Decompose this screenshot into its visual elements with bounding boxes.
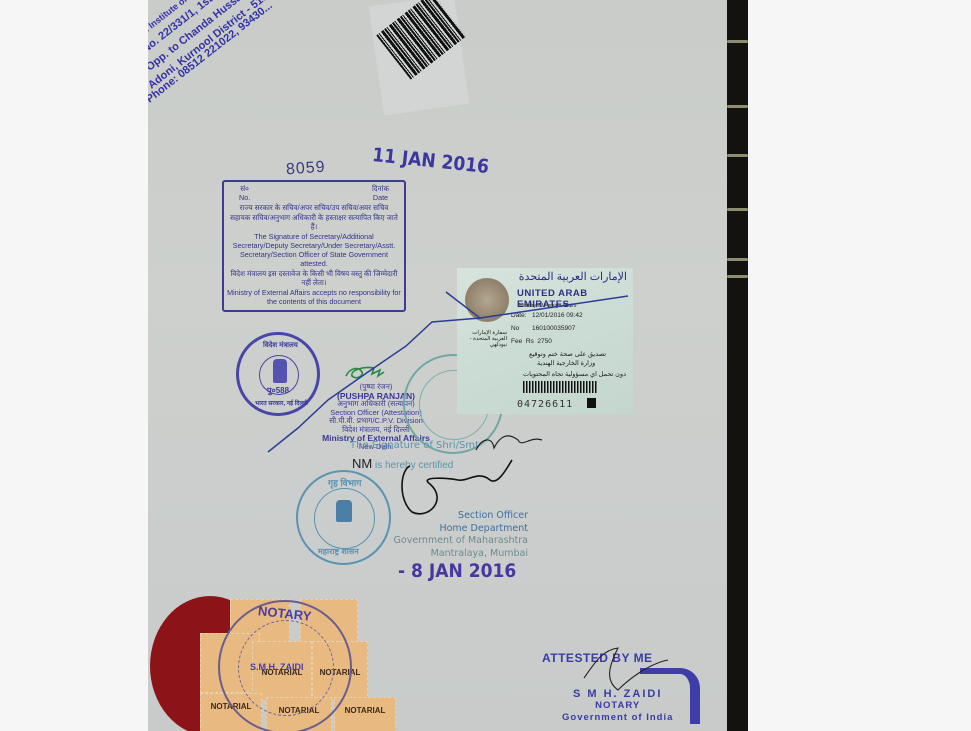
uae-arabic-line: تصديق على صحة ختم وتوقيع bbox=[529, 350, 606, 358]
national-emblem-icon bbox=[273, 359, 287, 383]
notary-name: S M H. ZAIDI bbox=[562, 688, 673, 700]
hindi-line: राज्य सरकार के सचिव/अपर सचिव/उप सचिव/अवर… bbox=[227, 203, 401, 212]
so-line: Home Department bbox=[394, 523, 528, 536]
attested-document: Phone: 08512 221022, 93430... Adoni, Kur… bbox=[148, 0, 728, 731]
uae-barcode-icon bbox=[523, 381, 597, 393]
certified-prefix: NM bbox=[352, 456, 372, 471]
hindi-line: सहायक सचिव/अनुभाग अधिकारी के हस्ताक्षर स… bbox=[227, 213, 401, 231]
notarial-stamp: NOTARIAL bbox=[334, 697, 396, 731]
attested-by-line: ATTESTED BY ME bbox=[542, 651, 653, 665]
notary-seal-name: S.M.H. ZAIDI bbox=[250, 662, 304, 672]
seal-text: महाराष्ट्र शासन bbox=[318, 546, 359, 557]
green-signature bbox=[344, 362, 386, 382]
english-line: The Signature of Secretary/Additional Se… bbox=[227, 232, 401, 268]
uae-attestation-sticker: الإمارات العربية المتحدة UNITED ARAB EMI… bbox=[457, 268, 633, 414]
serial-number: 8059 bbox=[285, 159, 326, 180]
seal-text: भारत सरकार, नई दिल्ली bbox=[255, 399, 308, 407]
home-department-block: Section Officer Home Department Governme… bbox=[394, 510, 528, 560]
no-label: सं०No. bbox=[239, 184, 250, 202]
so-line: Mantralaya, Mumbai bbox=[394, 548, 528, 561]
seal-text: गृह विभाग bbox=[328, 476, 361, 489]
date-label: दिनांकDate bbox=[372, 184, 389, 202]
uae-barcode-number: 04726611 bbox=[517, 399, 573, 410]
uae-embassy-arabic: سفارة الإمارات العربية المتحدة - نيودلهي bbox=[459, 330, 507, 348]
uae-arabic-title: الإمارات العربية المتحدة bbox=[519, 270, 627, 283]
stamp-label: NOTARIAL bbox=[345, 706, 386, 715]
home-department-seal: गृह विभाग महाराष्ट्र शासन bbox=[296, 470, 391, 565]
notary-seal-title: NOTARY bbox=[257, 603, 312, 624]
english-line: Ministry of External Affairs accepts no … bbox=[227, 288, 401, 306]
mea-date-stamp: 11 JAN 2016 bbox=[371, 144, 490, 178]
uae-fee: Fee Rs 2750 bbox=[511, 338, 552, 345]
notary-govt: Government of India bbox=[562, 712, 673, 724]
signature-certification-line: The Signature of Shri/Smt bbox=[350, 440, 479, 451]
national-emblem-icon bbox=[336, 500, 352, 522]
home-dept-date-stamp: - 8 JAN 2016 bbox=[398, 560, 516, 582]
certified-text: is hereby certified bbox=[375, 460, 453, 471]
hindi-line: विदेश मंत्रालय इस दस्तावेज के किसी भी वि… bbox=[227, 269, 401, 287]
seal-text: विदेश मंत्रालय bbox=[263, 341, 298, 350]
dark-background-edge bbox=[727, 0, 748, 731]
uae-date: Date: 12/01/2016 09:42 bbox=[511, 312, 583, 319]
mea-round-seal: विदेश मंत्रालय पु०588 भारत सरकार, नई दिल… bbox=[236, 332, 320, 416]
seal-code: पु०588 bbox=[267, 385, 289, 396]
notary-round-seal: NOTARY S.M.H. ZAIDI bbox=[218, 600, 352, 731]
notary-block: S M H. ZAIDI NOTARY Government of India bbox=[562, 688, 673, 724]
notary-title: NOTARY bbox=[562, 700, 673, 712]
mea-attestation-stamp: सं०No. दिनांकDate राज्य सरकार के सचिव/अप… bbox=[222, 180, 406, 312]
so-line: Government of Maharashtra bbox=[394, 535, 528, 548]
uae-emblem-icon bbox=[465, 278, 509, 322]
uae-arabic-line: وزارة الخارجية الهندية bbox=[537, 359, 595, 367]
certified-line: NM is hereby certified bbox=[352, 456, 453, 471]
so-line: Section Officer bbox=[394, 510, 528, 523]
uae-subtitle: Ministry Of Foreign Affairs bbox=[519, 303, 576, 309]
uae-mark-icon bbox=[587, 398, 596, 408]
uae-number: No 160100035907 bbox=[511, 325, 575, 332]
uae-arabic-line: دون تحمل اي مسؤولية تجاه المحتويات bbox=[523, 370, 626, 378]
